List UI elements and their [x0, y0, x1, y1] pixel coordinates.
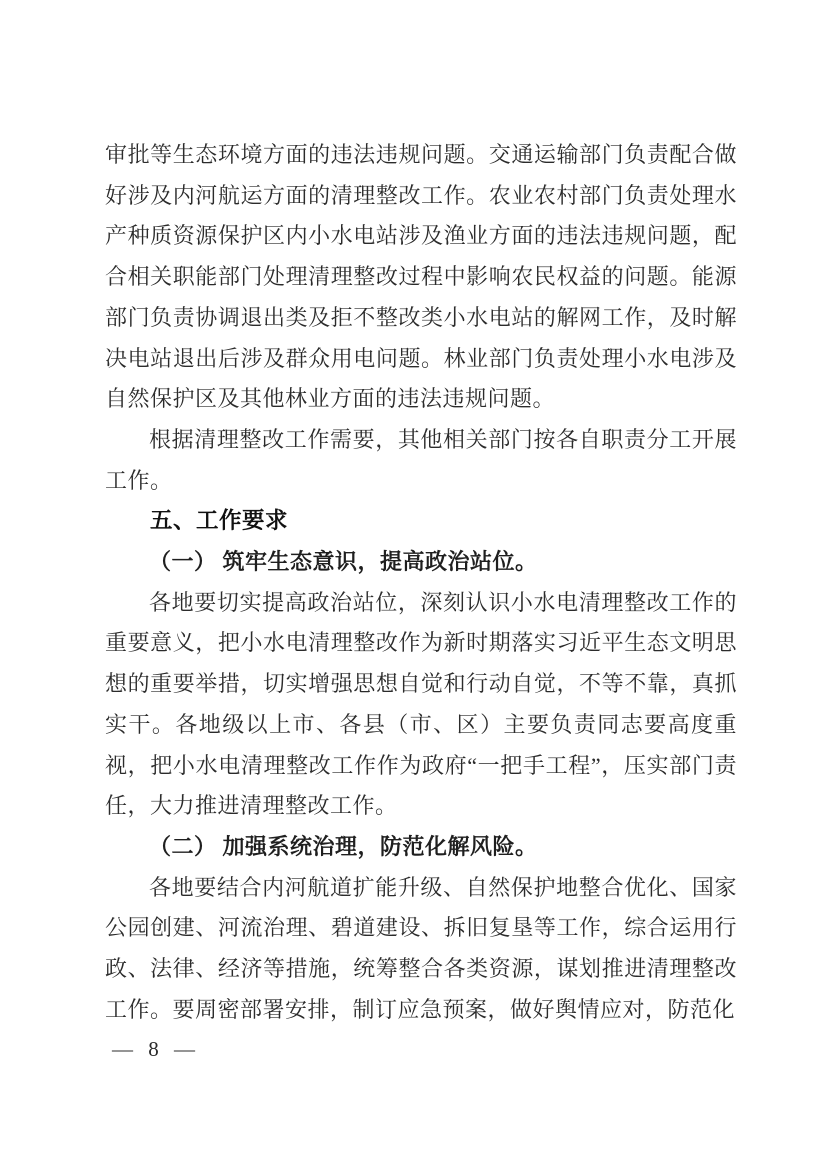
section-heading-work-requirements: 五、工作要求 [105, 501, 737, 542]
subheading-political-stance: （一） 筑牢生态意识，提高政治站位。 [105, 542, 737, 583]
paragraph-other-departments: 根据清理整改工作需要，其他相关部门按各自职责分工开展工作。 [105, 420, 737, 501]
paragraph-continuation-departments: 审批等生态环境方面的违法违规问题。交通运输部门负责配合做好涉及内河航运方面的清理… [105, 135, 737, 420]
paragraph-political-stance: 各地要切实提高政治站位，深刻认识小水电清理整改工作的重要意义，把小水电清理整改作… [105, 583, 737, 827]
document-page: 审批等生态环境方面的违法违规问题。交通运输部门负责配合做好涉及内河航运方面的清理… [0, 0, 827, 1169]
document-body: 审批等生态环境方面的违法违规问题。交通运输部门负责配合做好涉及内河航运方面的清理… [105, 135, 737, 1030]
subheading-systematic-governance: （二） 加强系统治理，防范化解风险。 [105, 827, 737, 868]
paragraph-systematic-governance: 各地要结合内河航道扩能升级、自然保护地整合优化、国家公园创建、河流治理、碧道建设… [105, 868, 737, 1031]
page-number: — 8 — [112, 1034, 196, 1064]
